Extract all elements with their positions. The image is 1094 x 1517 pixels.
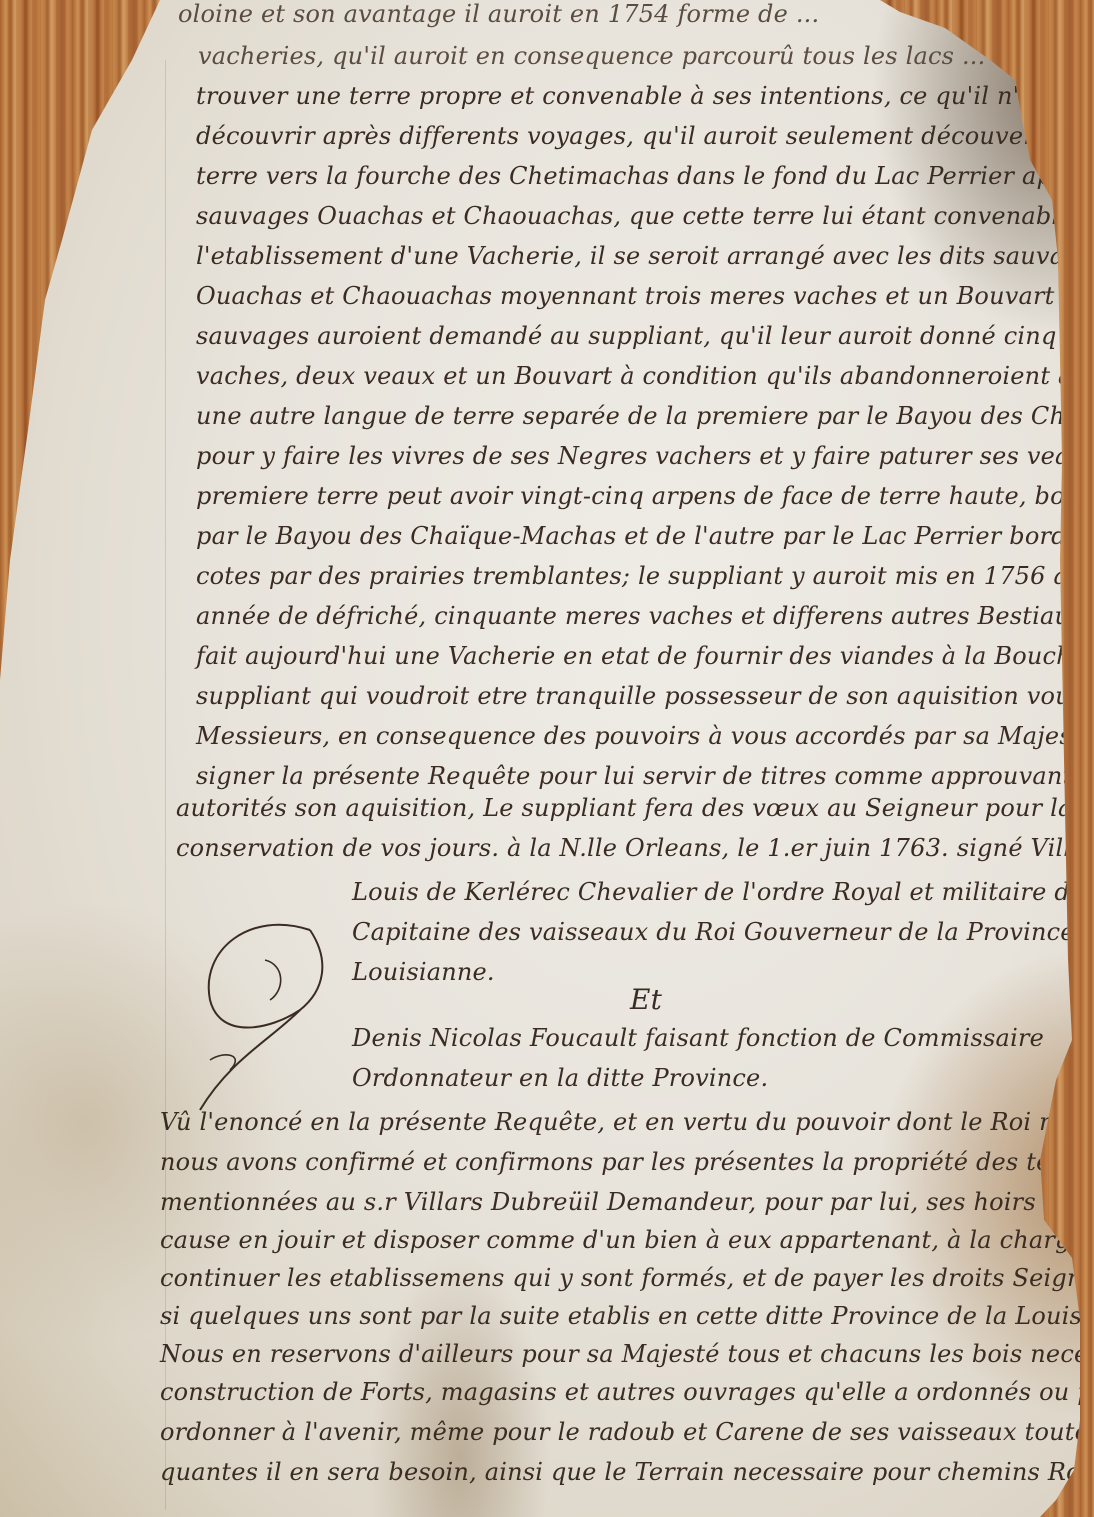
- manuscript-text: oloine et son avantage il auroit en 1754…: [0, 0, 1094, 1517]
- petition-line: Ouachas et Chaouachas moyennant trois me…: [196, 284, 1094, 308]
- decree-line: continuer les etablissemens qui y sont f…: [160, 1266, 1094, 1290]
- petition-line: vaches, deux veaux et un Bouvart à condi…: [196, 364, 1094, 388]
- petition-line: signer la présente Requête pour lui serv…: [196, 764, 1094, 788]
- petition-line: découvrir après differents voyages, qu'i…: [196, 124, 1094, 148]
- petition-line: année de défriché, cinquante meres vache…: [196, 604, 1094, 628]
- decree-line: mentionnées au s.r Villars Dubreüil Dema…: [160, 1190, 1081, 1214]
- decree-line: Nous en reservons d'ailleurs pour sa Maj…: [160, 1342, 1094, 1366]
- petition-line: suppliant qui voudroit etre tranquille p…: [196, 684, 1094, 708]
- official-title-line: Louisianne.: [352, 960, 495, 984]
- decree-line: cause en jouir et disposer comme d'un bi…: [160, 1228, 1085, 1252]
- manuscript-page: oloine et son avantage il auroit en 1754…: [0, 0, 1094, 1517]
- petition-line: autorités son aquisition, Le suppliant f…: [176, 796, 1073, 820]
- petition-signature-line: conservation de vos jours. à la N.lle Or…: [176, 836, 1094, 860]
- petition-line: sauvages Ouachas et Chaouachas, que cett…: [196, 204, 1094, 228]
- petition-line: fait aujourd'hui une Vacherie en etat de…: [196, 644, 1094, 668]
- petition-line: oloine et son avantage il auroit en 1754…: [178, 2, 819, 26]
- official-title-line: Capitaine des vaisseaux du Roi Gouverneu…: [352, 920, 1094, 944]
- petition-line: premiere terre peut avoir vingt-cinq arp…: [196, 484, 1094, 508]
- official-title-line: Louis de Kerlérec Chevalier de l'ordre R…: [352, 880, 1094, 904]
- official-title-line: Denis Nicolas Foucault faisant fonction …: [352, 1026, 1044, 1050]
- decree-line: nous avons confirmé et confirmons par le…: [160, 1150, 1094, 1174]
- decree-line: quantes il en sera besoin, ainsi que le …: [160, 1460, 1094, 1484]
- decree-line: ordonner à l'avenir, même pour le radoub…: [160, 1420, 1094, 1444]
- official-title-line: Ordonnateur en la ditte Province.: [352, 1066, 768, 1090]
- calligraphic-flourish-icon: [190, 910, 350, 1120]
- petition-line: terre vers la fourche des Chetimachas da…: [196, 164, 1094, 188]
- petition-line: Messieurs, en consequence des pouvoirs à…: [196, 724, 1094, 748]
- petition-line: pour y faire les vivres de ses Negres va…: [196, 444, 1094, 468]
- decree-line: si quelques uns sont par la suite etabli…: [160, 1304, 1094, 1328]
- petition-line: l'etablissement d'une Vacherie, il se se…: [196, 244, 1094, 268]
- conjunction-et: Et: [630, 986, 662, 1014]
- petition-line: sauvages auroient demandé au suppliant, …: [196, 324, 1094, 348]
- petition-line: vacheries, qu'il auroit en consequence p…: [198, 44, 985, 68]
- petition-line: cotes par des prairies tremblantes; le s…: [196, 564, 1094, 588]
- petition-line: une autre langue de terre separée de la …: [196, 404, 1094, 428]
- petition-line: par le Bayou des Chaïque-Machas et de l'…: [196, 524, 1094, 548]
- petition-line: trouver une terre propre et convenable à…: [196, 84, 1094, 108]
- decree-line: construction de Forts, magasins et autre…: [160, 1380, 1094, 1404]
